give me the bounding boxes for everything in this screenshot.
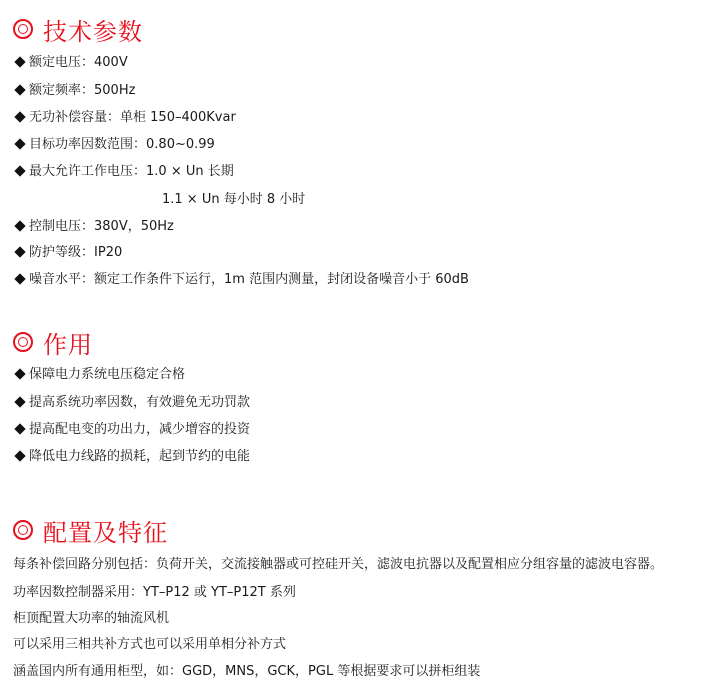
spec-item: 额定电压：400V xyxy=(14,54,128,72)
double-circle-icon xyxy=(13,332,33,352)
diamond-bullet-icon xyxy=(14,111,25,122)
diamond-bullet-icon xyxy=(14,396,25,407)
function-item: 降低电力线路的损耗，起到节约的电能 xyxy=(14,448,250,466)
diamond-bullet-icon xyxy=(14,220,25,231)
diamond-bullet-icon xyxy=(14,138,25,149)
diamond-bullet-icon xyxy=(14,165,25,176)
config-paragraph: 涵盖国内所有通用柜型，如：GGD，MNS，GCK，PGL 等根据要求可以拼柜组装 xyxy=(13,663,480,681)
spec-item: 防护等级：IP20 xyxy=(14,244,122,262)
spec-item-continuation: 1.1 × Un 每小时 8 小时 xyxy=(162,191,305,209)
config-paragraph: 功率因数控制器采用：YT–P12 或 YT–P12T 系列 xyxy=(13,584,296,602)
double-circle-icon xyxy=(13,19,33,39)
spec-item: 无功补偿容量：单柜 150–400Kvar xyxy=(14,109,236,127)
spec-item: 最大允许工作电压：1.0 × Un 长期 xyxy=(14,163,234,181)
double-circle-icon xyxy=(13,520,33,540)
diamond-bullet-icon xyxy=(14,56,25,67)
spec-item: 额定频率：500Hz xyxy=(14,82,135,100)
config-paragraph: 柜顶配置大功率的轴流风机 xyxy=(13,610,169,628)
diamond-bullet-icon xyxy=(14,450,25,461)
diamond-bullet-icon xyxy=(14,84,25,95)
diamond-bullet-icon xyxy=(14,273,25,284)
section-title-config-features: 配置及特征 xyxy=(13,513,168,547)
diamond-bullet-icon xyxy=(14,423,25,434)
section-title-function: 作用 xyxy=(13,325,93,359)
function-item: 提高配电变的功出力，减少增容的投资 xyxy=(14,421,250,439)
function-item: 提高系统功率因数，有效避免无功罚款 xyxy=(14,394,250,412)
spec-item: 目标功率因数范围：0.80~0.99 xyxy=(14,136,215,154)
spec-item: 控制电压：380V，50Hz xyxy=(14,218,174,236)
config-paragraph: 每条补偿回路分别包括：负荷开关，交流接触器或可控硅开关，滤波电抗器以及配置相应分… xyxy=(13,556,663,574)
diamond-bullet-icon xyxy=(14,368,25,379)
section-title-tech-params: 技术参数 xyxy=(13,12,143,46)
config-paragraph: 可以采用三相共补方式也可以采用单相分补方式 xyxy=(13,636,286,654)
spec-item: 噪音水平：额定工作条件下运行，1m 范围内测量，封闭设备噪音小于 60dB xyxy=(14,271,469,289)
diamond-bullet-icon xyxy=(14,246,25,257)
function-item: 保障电力系统电压稳定合格 xyxy=(14,366,185,384)
